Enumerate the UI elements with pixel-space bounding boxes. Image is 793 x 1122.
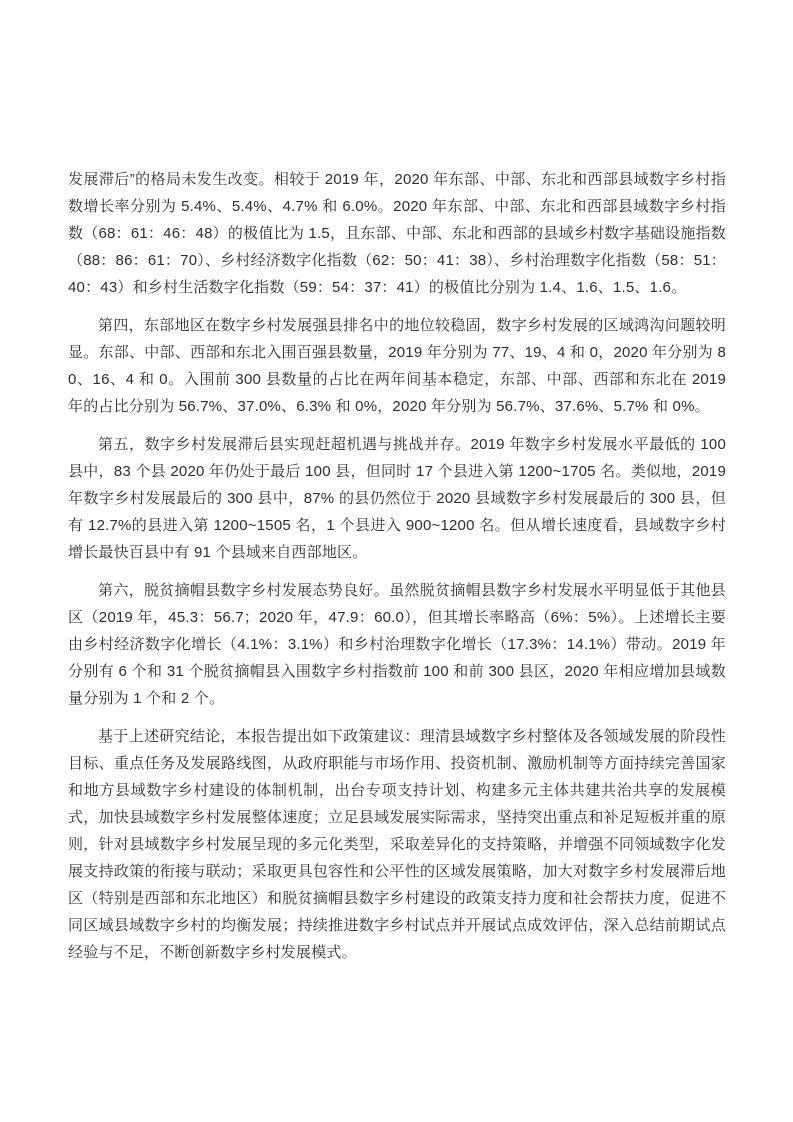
document-body: 发展滞后”的格局未发生改变。相较于 2019 年，2020 年东部、中部、东北和… bbox=[68, 166, 726, 966]
paragraph-point-four: 第四，东部地区在数字乡村发展强县排名中的地位较稳固，数字乡村发展的区域鸿沟问题较… bbox=[68, 312, 726, 420]
paragraph-continuation: 发展滞后”的格局未发生改变。相较于 2019 年，2020 年东部、中部、东北和… bbox=[68, 166, 726, 301]
paragraph-point-six: 第六，脱贫摘帽县数字乡村发展态势良好。虽然脱贫摘帽县数字乡村发展水平明显低于其他… bbox=[68, 577, 726, 712]
paragraph-policy-recommendations: 基于上述研究结论，本报告提出如下政策建议：理清县域数字乡村整体及各领域发展的阶段… bbox=[68, 723, 726, 966]
paragraph-point-five: 第五，数字乡村发展滞后县实现赶超机遇与挑战并存。2019 年数字乡村发展水平最低… bbox=[68, 431, 726, 566]
document-page: 发展滞后”的格局未发生改变。相较于 2019 年，2020 年东部、中部、东北和… bbox=[0, 0, 793, 1122]
